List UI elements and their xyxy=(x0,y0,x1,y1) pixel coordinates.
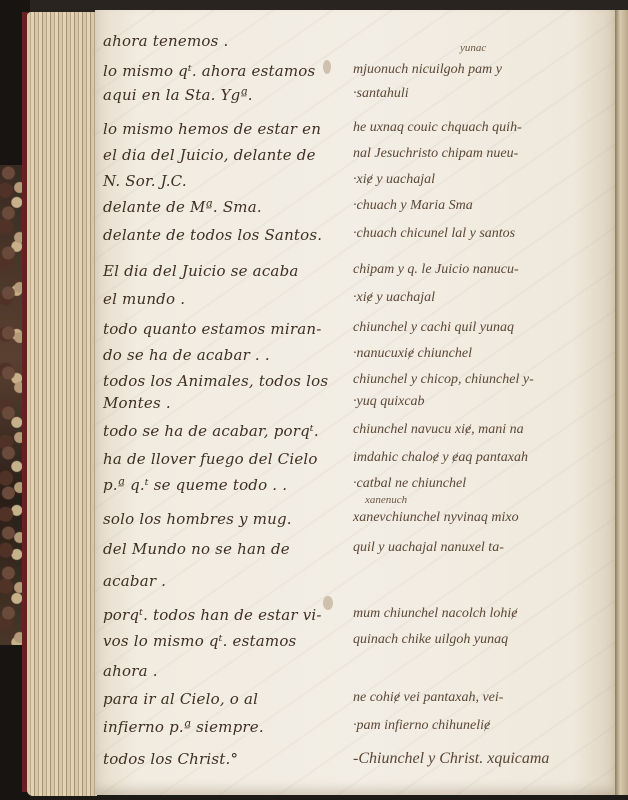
manuscript-line: todo quanto estamos miran- chiunchel y c… xyxy=(95,320,615,346)
manuscript-line: El dia del Juicio se acaba chipam y q. l… xyxy=(95,262,615,288)
spanish-text: todos los Christ.° xyxy=(103,750,238,768)
kiche-text: xanevchiunchel nyvinaq mixo xyxy=(353,510,519,526)
kiche-text: ·catbal ne chiunchel xyxy=(353,476,466,492)
spanish-text: todos los Animales, todos los xyxy=(103,372,328,390)
manuscript-line: lo mismo hemos de estar en he uxnaq coui… xyxy=(95,120,615,146)
manuscript-line: todos los Christ.° -Chiunchel y Christ. … xyxy=(95,750,615,776)
spanish-text: delante de todos los Santos. xyxy=(103,226,322,244)
spanish-text: vos lo mismo qᵗ. estamos xyxy=(103,632,296,650)
manuscript-line: ahora . xyxy=(95,662,615,688)
spanish-text: todo quanto estamos miran- xyxy=(103,320,321,338)
manuscript-line: do se ha de acabar . . ·nanucuxiɇ chiunc… xyxy=(95,346,615,372)
spanish-text: delante de Mª. Sma. xyxy=(103,198,262,216)
manuscript-line: vos lo mismo qᵗ. estamos quinach chike u… xyxy=(95,632,615,658)
kiche-text: ne cohiɇ vei pantaxah, vei- xyxy=(353,690,503,706)
kiche-text: nal Jesuchristo chipam nueu- xyxy=(353,146,518,162)
spanish-text: porqᵗ. todos han de estar vi- xyxy=(103,606,322,624)
kiche-text: he uxnaq couic chquach quih- xyxy=(353,120,522,136)
spanish-text: aqui en la Sta. Ygª. xyxy=(103,86,253,104)
manuscript-line: N. Sor. J.C. ·xiɇ y uachajal xyxy=(95,172,615,198)
manuscript-line: acabar . xyxy=(95,572,615,598)
spanish-text: lo mismo qᵗ. ahora estamos xyxy=(103,62,315,80)
spanish-text: el mundo . xyxy=(103,290,185,308)
manuscript-line: del Mundo no se han de quil y uachajal n… xyxy=(95,540,615,566)
kiche-text: ·nanucuxiɇ chiunchel xyxy=(353,346,472,362)
kiche-text: chiunchel y cachi quil yunaq xyxy=(353,320,514,336)
manuscript-line: porqᵗ. todos han de estar vi- mum chiunc… xyxy=(95,606,615,632)
spanish-text: ahora tenemos . xyxy=(103,32,228,50)
spanish-text: solo los hombres y mug. xyxy=(103,510,292,528)
kiche-text: mjuonuch nicuilgoh pam y xyxy=(353,62,502,78)
kiche-text: ·chuach y Maria Sma xyxy=(353,198,473,214)
kiche-text: chipam y q. le Juicio nanucu- xyxy=(353,262,519,278)
page-stack xyxy=(27,12,97,796)
kiche-text: chiunchel y chicop, chiunchel y- xyxy=(353,372,534,388)
spanish-text: Montes . xyxy=(103,394,171,412)
manuscript-line: el mundo . ·xiɇ y uachajal xyxy=(95,290,615,316)
spanish-text: N. Sor. J.C. xyxy=(103,172,187,190)
manuscript-line: todo se ha de acabar, porqᵗ. chiunchel n… xyxy=(95,422,615,448)
spanish-text: p.ª q.ᵗ se queme todo . . xyxy=(103,476,287,494)
spanish-text: para ir al Cielo, o al xyxy=(103,690,258,708)
manuscript-line: p.ª q.ᵗ se queme todo . . ·catbal ne chi… xyxy=(95,476,615,502)
manuscript-line: ahora tenemos . xyxy=(95,32,615,58)
manuscript-line: delante de todos los Santos. ·chuach chi… xyxy=(95,226,615,252)
manuscript-line: aqui en la Sta. Ygª. ·santahuli xyxy=(95,86,615,112)
manuscript-line: el dia del Juicio, delante de nal Jesuch… xyxy=(95,146,615,172)
spanish-text: do se ha de acabar . . xyxy=(103,346,270,364)
spanish-text: El dia del Juicio se acaba xyxy=(103,262,299,280)
spanish-text: ahora . xyxy=(103,662,158,680)
spanish-text: ha de llover fuego del Cielo xyxy=(103,450,318,468)
kiche-text: ·yuq quixcab xyxy=(353,394,425,410)
manuscript-line: infierno p.ª siempre. ·pam infierno chih… xyxy=(95,718,615,744)
spanish-text: infierno p.ª siempre. xyxy=(103,718,264,736)
kiche-text: mum chiunchel nacolch lohiɇ xyxy=(353,606,517,622)
page-right-edge xyxy=(615,10,628,795)
kiche-text: -Chiunchel y Christ. xquicama xyxy=(353,750,549,768)
manuscript-line: Montes . ·yuq quixcab xyxy=(95,394,615,420)
kiche-text: chiunchel navucu xiɇ, mani na xyxy=(353,422,524,438)
manuscript-line: ha de llover fuego del Cielo imdahic cha… xyxy=(95,450,615,476)
spanish-text: todo se ha de acabar, porqᵗ. xyxy=(103,422,319,440)
manuscript-line: solo los hombres y mug. xanevchiunchel n… xyxy=(95,510,615,536)
kiche-text: ·chuach chicunel lal y santos xyxy=(353,226,515,242)
kiche-text: ·xiɇ y uachajal xyxy=(353,290,435,306)
spanish-text: lo mismo hemos de estar en xyxy=(103,120,321,138)
manuscript-line: para ir al Cielo, o al ne cohiɇ vei pant… xyxy=(95,690,615,716)
kiche-text: ·santahuli xyxy=(353,86,409,102)
kiche-text: ·pam infierno chihuneliɇ xyxy=(353,718,490,734)
kiche-text: quil y uachajal nanuxel ta- xyxy=(353,540,504,556)
manuscript-line: lo mismo qᵗ. ahora estamos mjuonuch nicu… xyxy=(95,62,615,88)
manuscript-page: yunac xanenuch ahora tenemos . lo mismo … xyxy=(95,10,615,795)
kiche-text: imdahic chaloɇ y ɇaq pantaxah xyxy=(353,450,528,466)
spanish-text: del Mundo no se han de xyxy=(103,540,290,558)
kiche-text: ·xiɇ y uachajal xyxy=(353,172,435,188)
manuscript-line: delante de Mª. Sma. ·chuach y Maria Sma xyxy=(95,198,615,224)
spanish-text: el dia del Juicio, delante de xyxy=(103,146,316,164)
spanish-text: acabar . xyxy=(103,572,166,590)
kiche-text: quinach chike uilgoh yunaq xyxy=(353,632,508,648)
